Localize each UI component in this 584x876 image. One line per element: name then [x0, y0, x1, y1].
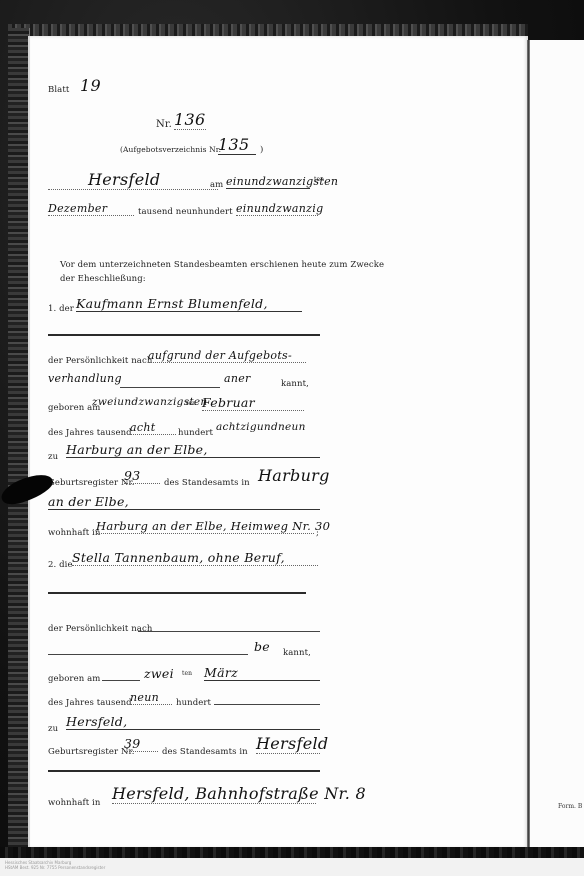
person1-persoenlichkeit-value: aufgrund der Aufgebots-: [148, 349, 306, 363]
person2-jahres-label: des Jahres tausend: [48, 698, 132, 708]
book-binding-left: [8, 28, 30, 850]
person2-residence: Hersfeld, Bahnhofstraße Nr. 8: [112, 784, 316, 804]
person1-hundert-label: hundert: [178, 428, 213, 438]
person1-standesamts-label: des Standesamts in: [164, 478, 250, 488]
day-suffix: ten: [314, 176, 324, 183]
person2-persoenlichkeit-label: der Persönlichkeit nach: [48, 624, 152, 634]
person1-wohnhaft-label: wohnhaft in: [48, 528, 100, 538]
month: Dezember: [48, 202, 134, 216]
person1-bekannt-label: kannt,: [281, 379, 309, 389]
person2-wohnhaft-label: wohnhaft in: [48, 798, 100, 808]
person1-standesamt-value2: an der Elbe,: [48, 494, 320, 510]
person2-birthplace: Hersfeld,: [66, 714, 320, 730]
person2-zu-label: zu: [48, 724, 58, 734]
person1-geburtsregister-label: Geburtsregister Nr.: [48, 478, 135, 488]
person1-jahres-year: achtzigundneun: [216, 421, 306, 433]
person2-number: 2. die: [48, 560, 73, 570]
person1-geburtsregister-value: 93: [124, 468, 160, 484]
person1-zu-label: zu: [48, 452, 58, 462]
book-bottom-edge: [0, 847, 584, 858]
person1-bekannt-prefix: aner: [224, 372, 251, 385]
aufgebot-label: (Aufgebotsverzeichnis Nr.: [120, 145, 221, 154]
person1-geboren-month: Februar: [202, 395, 304, 411]
nr-value: 136: [174, 110, 206, 130]
person2-geboren-day-suffix: ten: [182, 670, 192, 677]
person1-persoenlichkeit-value2: verhandlung: [48, 372, 122, 385]
person2-geburtsregister-label: Geburtsregister Nr.: [48, 747, 135, 757]
intro-line-1: Vor dem unterzeichneten Standesbeamten e…: [60, 260, 384, 270]
aufgebot-value: 135: [218, 135, 256, 155]
am-label: am: [210, 180, 223, 190]
person2-bekannt-label: kannt,: [283, 648, 311, 658]
person2-standesamts-label: des Standesamts in: [162, 747, 248, 757]
right-page: Form. B 1: [530, 40, 584, 848]
divider: [48, 334, 320, 336]
marriage-register-entry: Blatt 19 Nr. 136 (Aufgebotsverzeichnis N…: [28, 36, 528, 848]
person1-geboren-day-suffix: ten: [186, 400, 196, 407]
blatt-value: 19: [80, 76, 101, 95]
person2-geboren-month: März: [204, 665, 320, 681]
year: einundzwanzig: [236, 202, 318, 216]
place: Hersfeld: [88, 170, 160, 189]
divider: [48, 770, 320, 772]
person2-geboren-label: geboren am: [48, 674, 100, 684]
person1-jahres-century: acht: [130, 421, 176, 435]
divider: [48, 592, 306, 594]
person1-standesamt-value: Harburg: [258, 466, 330, 485]
person1-jahres-label: des Jahres tausend: [48, 428, 132, 438]
tausend-label: tausend neunhundert: [138, 207, 233, 217]
form-mark: Form. B 1: [558, 803, 584, 810]
person2-standesamt-value: Hersfeld: [256, 734, 320, 754]
person1-name: Kaufmann Ernst Blumenfeld,: [76, 296, 302, 312]
person1-persoenlichkeit-label: der Persönlichkeit nach: [48, 356, 152, 366]
person2-name: Stella Tannenbaum, ohne Beruf,: [72, 550, 318, 566]
person2-bekannt-prefix: be: [254, 639, 270, 654]
person1-residence: Harburg an der Elbe, Heimweg Nr. 30: [96, 519, 314, 534]
book-binding-top: [8, 24, 528, 36]
intro-line-2: der Eheschließung:: [60, 274, 146, 284]
blatt-label: Blatt: [48, 85, 69, 95]
person2-geboren-day: zwei: [144, 666, 174, 681]
person2-jahres-century: neun: [130, 691, 172, 705]
person1-number: 1. der: [48, 304, 74, 314]
person1-birthplace: Harburg an der Elbe,: [66, 442, 320, 458]
person2-geburtsregister-value: 39: [124, 736, 158, 752]
nr-label: Nr.: [156, 119, 172, 130]
day: einundzwanzigsten: [226, 175, 310, 189]
footer-line-2: HStAM Best. 925 Nr. 7755 Personenstandsr…: [5, 865, 579, 870]
person2-hundert-label: hundert: [176, 698, 211, 708]
archive-footer: Hessisches Staatsarchiv Marburg HStAM Be…: [0, 858, 584, 876]
aufgebot-close: ): [260, 145, 263, 155]
person1-residence-end: ;: [316, 528, 319, 538]
